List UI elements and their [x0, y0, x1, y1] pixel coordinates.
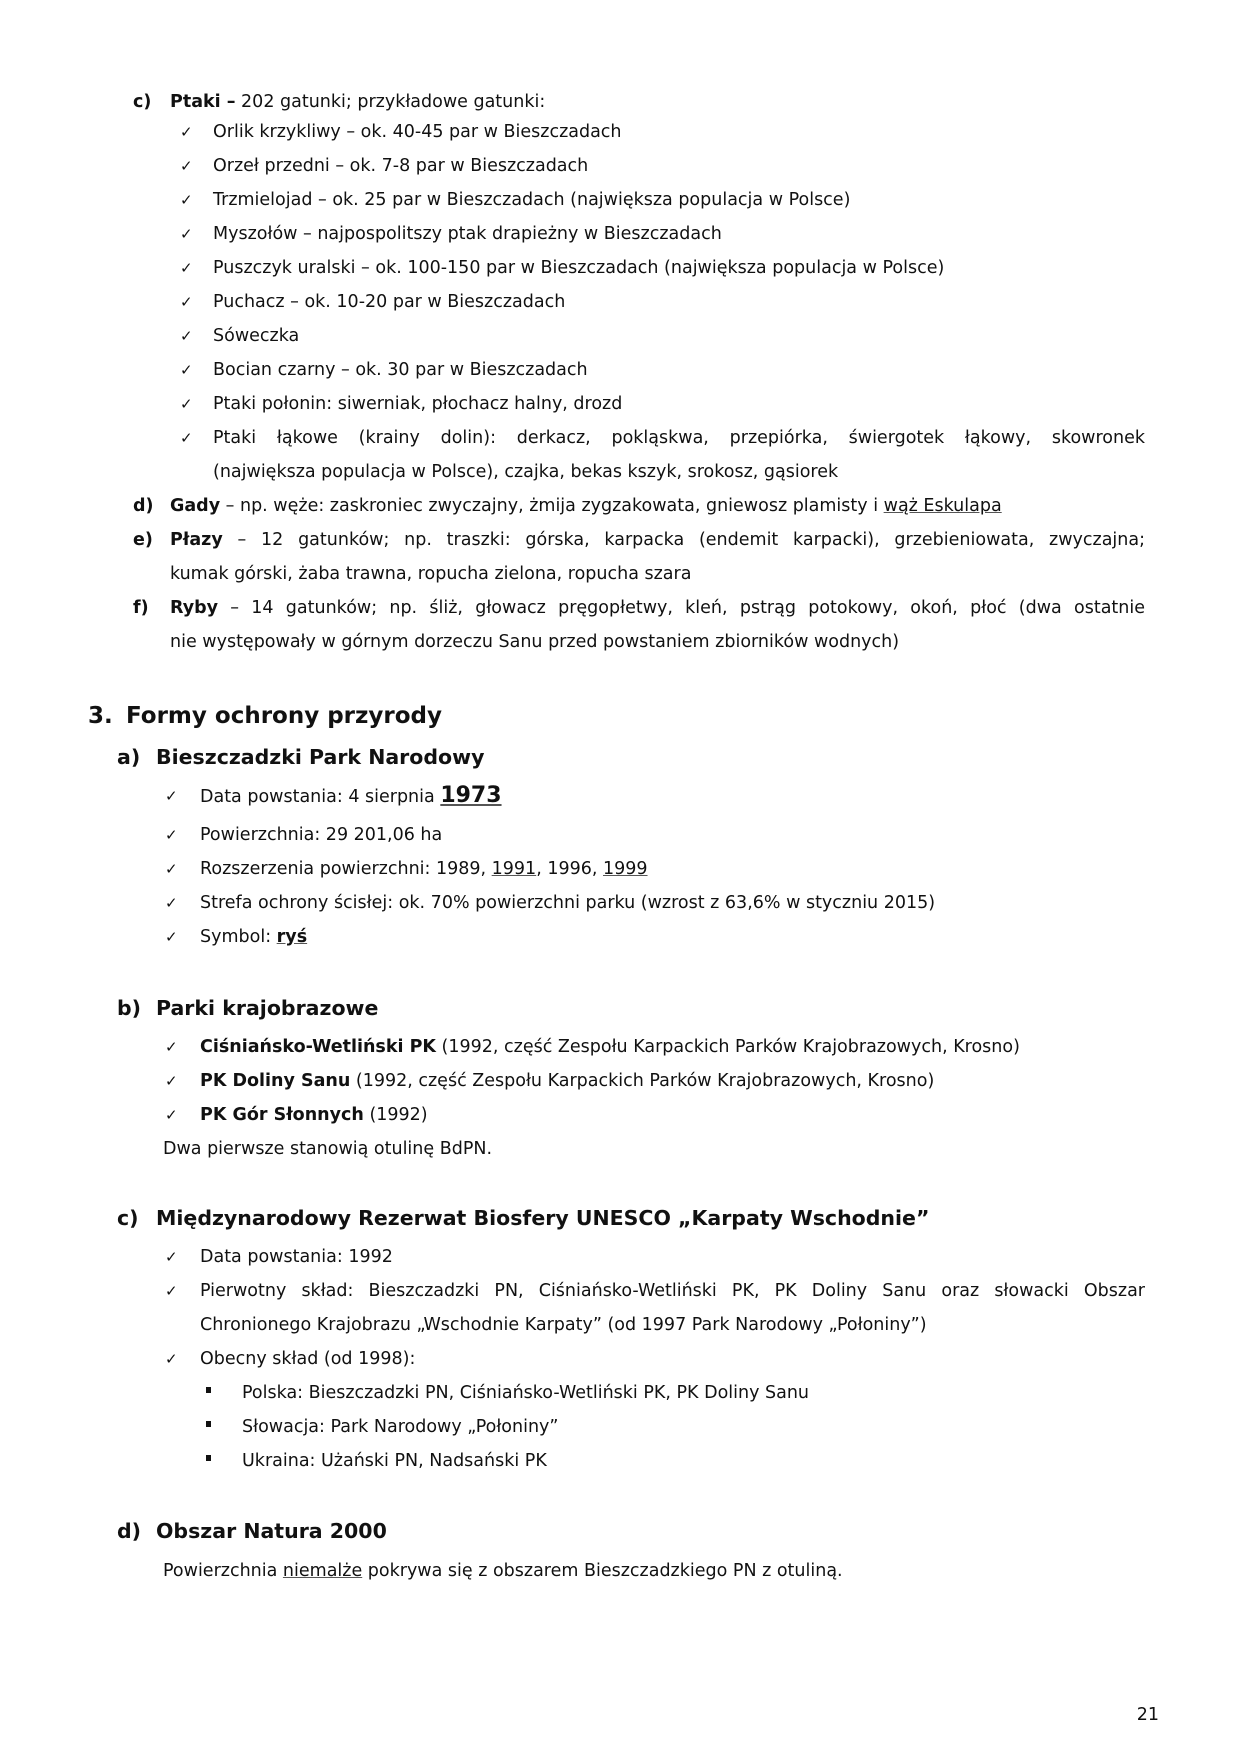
subsection-label: a) [117, 744, 140, 770]
symbol-prefix: Symbol: [200, 927, 277, 947]
list-item: Puchacz – ok. 10-20 par w Bieszczadach [213, 291, 565, 313]
extension-1991: 1991 [492, 859, 537, 879]
checkmark-icon: ✓ [180, 257, 193, 279]
subsection-title: Parki krajobrazowe [156, 995, 378, 1021]
symbol-value: ryś [277, 927, 307, 947]
reptiles-underlined: wąż Eskulapa [884, 496, 1002, 516]
list-label: d) [133, 495, 154, 517]
section-number: 3. [88, 702, 113, 730]
section-title: Formy ochrony przyrody [126, 702, 442, 730]
checkmark-icon: ✓ [180, 121, 193, 143]
reptiles-item: Gady – np. węże: zaskroniec zwyczajny, ż… [170, 495, 1002, 517]
landscape-parks-note: Dwa pierwsze stanowią otulinę BdPN. [163, 1138, 492, 1160]
checkmark-icon: ✓ [165, 858, 178, 880]
birds-heading: Ptaki – 202 gatunki; przykładowe gatunki… [170, 91, 545, 113]
park-name: PK Doliny Sanu [200, 1071, 350, 1091]
area: Powierzchnia: 29 201,06 ha [200, 824, 442, 846]
checkmark-icon: ✓ [180, 155, 193, 177]
list-item: Ptaki łąkowe (krainy dolin): derkacz, po… [213, 427, 1145, 449]
checkmark-icon: ✓ [180, 427, 193, 449]
checkmark-icon: ✓ [165, 1348, 178, 1370]
checkmark-icon: ✓ [165, 1246, 178, 1268]
landscape-park-item: Ciśniańsko-Wetliński PK (1992, część Zes… [200, 1036, 1020, 1058]
list-item: Ptaki połonin: siwerniak, płochacz halny… [213, 393, 622, 415]
park-detail: (1992, część Zespołu Karpackich Parków K… [350, 1071, 934, 1091]
checkmark-icon: ✓ [180, 393, 193, 415]
checkmark-icon: ✓ [180, 325, 193, 347]
reptiles-text: – np. węże: zaskroniec zwyczajny, żmija … [220, 496, 884, 516]
natura-text: Powierzchnia niemalże pokrywa się z obsz… [163, 1560, 843, 1582]
checkmark-icon: ✓ [165, 1036, 178, 1058]
document-page: c) Ptaki – 202 gatunki; przykładowe gatu… [0, 0, 1241, 1755]
biosphere-original-line1: Pierwotny skład: Bieszczadzki PN, Ciśnia… [200, 1280, 1145, 1302]
list-item: Bocian czarny – ok. 30 par w Bieszczadac… [213, 359, 588, 381]
extensions-prefix: Rozszerzenia powierzchni: 1989, [200, 859, 492, 879]
amphibians-line1: – 12 gatunków; np. traszki: górska, karp… [223, 530, 1145, 550]
natura-underlined: niemalże [283, 1561, 362, 1581]
country-item: Ukraina: Użański PN, Nadsański PK [242, 1450, 547, 1472]
biosphere-original-line2: Chronionego Krajobrazu „Wschodnie Karpat… [200, 1314, 927, 1336]
park-detail: (1992, część Zespołu Karpackich Parków K… [436, 1037, 1020, 1057]
checkmark-icon: ✓ [165, 1280, 178, 1302]
list-item: Sóweczka [213, 325, 299, 347]
checkmark-icon: ✓ [165, 892, 178, 914]
biosphere-founded: Data powstania: 1992 [200, 1246, 393, 1268]
list-item-continuation: (największa populacja w Polsce), czajka,… [213, 461, 838, 483]
fish-item: Ryby – 14 gatunków; np. śliż, głowacz pr… [170, 597, 1145, 619]
amphibians-line2: kumak górski, żaba trawna, ropucha zielo… [170, 563, 691, 585]
extension-1999: 1999 [603, 859, 648, 879]
founded-date: Data powstania: 4 sierpnia 1973 [200, 785, 502, 808]
subsection-title: Obszar Natura 2000 [156, 1518, 387, 1544]
checkmark-icon: ✓ [180, 291, 193, 313]
fish-line2: nie występowały w górnym dorzeczu Sanu p… [170, 631, 899, 653]
strict-zone: Strefa ochrony ścisłej: ok. 70% powierzc… [200, 892, 935, 914]
list-label: c) [133, 91, 151, 113]
reptiles-title: Gady [170, 496, 220, 516]
subsection-label: b) [117, 995, 141, 1021]
checkmark-icon: ✓ [180, 223, 193, 245]
birds-intro: 202 gatunki; przykładowe gatunki: [235, 92, 545, 112]
list-item: Myszołów – najpospolitszy ptak drapieżny… [213, 223, 722, 245]
list-item: Trzmielojad – ok. 25 par w Bieszczadach … [213, 189, 850, 211]
subsection-label: c) [117, 1205, 139, 1231]
birds-title: Ptaki – [170, 92, 235, 112]
fish-title: Ryby [170, 598, 218, 618]
bullet-square-icon [206, 1421, 211, 1427]
symbol: Symbol: ryś [200, 926, 307, 948]
country-item: Polska: Bieszczadzki PN, Ciśniańsko-Wetl… [242, 1382, 809, 1404]
bullet-square-icon [206, 1455, 211, 1461]
natura-suffix: pokrywa się z obszarem Bieszczadzkiego P… [362, 1561, 842, 1581]
list-label: f) [133, 597, 149, 619]
park-detail: (1992) [364, 1105, 428, 1125]
list-item: Puszczyk uralski – ok. 100-150 par w Bie… [213, 257, 944, 279]
founded-prefix: Data powstania: 4 sierpnia [200, 787, 440, 807]
extensions-sep: , 1996, [536, 859, 603, 879]
checkmark-icon: ✓ [165, 824, 178, 846]
amphibians-title: Płazy [170, 530, 223, 550]
landscape-park-item: PK Doliny Sanu (1992, część Zespołu Karp… [200, 1070, 934, 1092]
landscape-park-item: PK Gór Słonnych (1992) [200, 1104, 428, 1126]
checkmark-icon: ✓ [180, 359, 193, 381]
checkmark-icon: ✓ [165, 1104, 178, 1126]
checkmark-icon: ✓ [165, 1070, 178, 1092]
amphibians-item: Płazy – 12 gatunków; np. traszki: górska… [170, 529, 1145, 551]
park-name: PK Gór Słonnych [200, 1105, 364, 1125]
list-item: Orzeł przedni – ok. 7-8 par w Bieszczada… [213, 155, 588, 177]
subsection-label: d) [117, 1518, 141, 1544]
country-item: Słowacja: Park Narodowy „Połoniny” [242, 1416, 558, 1438]
subsection-title: Bieszczadzki Park Narodowy [156, 744, 484, 770]
page-number: 21 [1137, 1705, 1159, 1725]
natura-prefix: Powierzchnia [163, 1561, 283, 1581]
list-item: Orlik krzykliwy – ok. 40-45 par w Bieszc… [213, 121, 622, 143]
checkmark-icon: ✓ [165, 785, 178, 807]
checkmark-icon: ✓ [165, 926, 178, 948]
fish-line1: – 14 gatunków; np. śliż, głowacz pręgopł… [218, 598, 1145, 618]
biosphere-current: Obecny skład (od 1998): [200, 1348, 415, 1370]
bullet-square-icon [206, 1387, 211, 1393]
founded-year: 1973 [440, 783, 501, 808]
checkmark-icon: ✓ [180, 189, 193, 211]
park-name: Ciśniańsko-Wetliński PK [200, 1037, 436, 1057]
list-label: e) [133, 529, 153, 551]
extensions: Rozszerzenia powierzchni: 1989, 1991, 19… [200, 858, 648, 880]
subsection-title: Międzynarodowy Rezerwat Biosfery UNESCO … [156, 1205, 929, 1231]
